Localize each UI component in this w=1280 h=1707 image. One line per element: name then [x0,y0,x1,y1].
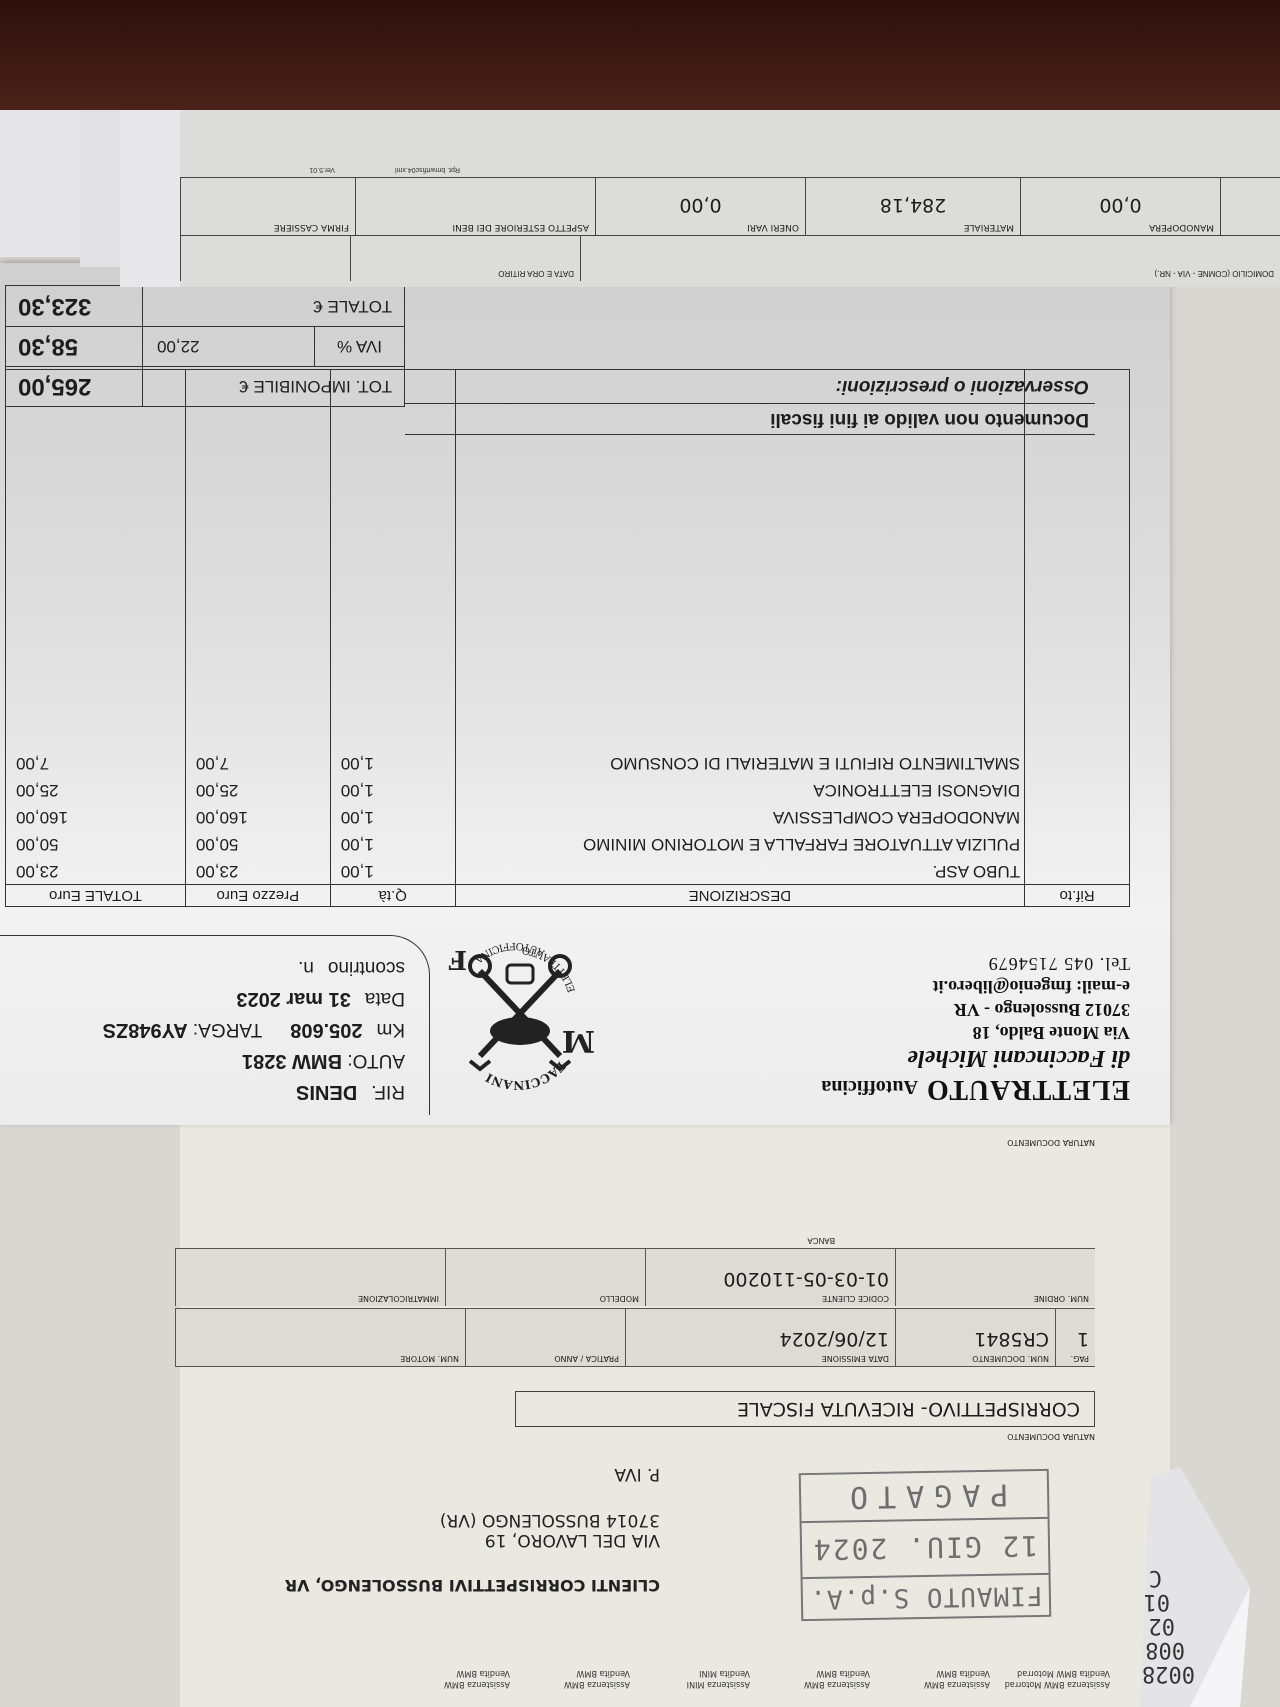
shop-title: ELETTRAUTO Autofficina [610,1073,1130,1105]
grid-cell: PAG.1 [1055,1309,1095,1366]
km-targa-line: Km205.608TARGA: AY948ZS [0,1014,405,1045]
imponibile-row: TOT. IMPONIBILE € 265,00 [6,366,404,406]
vehicle-reference-box: RIF.DENIS AUTO: BMW 3281 Km205.608TARGA:… [0,935,430,1115]
grid-cell: NUM. MOTORE [175,1309,465,1366]
cell-prezzo: 160,00 [185,804,330,831]
banca-label: BANCA [175,1231,1095,1245]
cell-qta: 1,00 [330,858,455,885]
cell-descrizione: PULIZIA ATTUATORE FARFALLA E MOTORINO MI… [455,831,1024,858]
stacked-sheet-edge [120,87,180,287]
fimauto-grid-area: NATURA DOCUMENTO CORRISPETTIVO- RICEVUTA… [180,1125,1170,1707]
grid-cell: MODELLO [445,1249,645,1306]
table-row: DIAGNOSI ELETTRONICA1,0025,0025,00 [6,777,1130,804]
cell-totale: 7,00 [6,750,186,777]
cell-rif [1025,858,1130,885]
cell-qta: 1,00 [330,750,455,777]
items-header-row: Rif.to DESCRIZIONE Q.tà Prezzo Euro TOTA… [6,885,1130,907]
natura-documento-box: CORRISPETTIVO- RICEVUTA FISCALE [515,1391,1095,1427]
grid-cell: NUM. DOCUMENTOCR5841 [895,1309,1055,1366]
iva-value: 58,30 [6,333,142,361]
cell-rif [1025,804,1130,831]
report-footer: Rpt. bmwrtfisc04.xmlVer.5.01 [309,166,520,173]
summary-row: MANODOPERA0,00 MATERIALE284,18 ONERI VAR… [180,177,1280,235]
svg-text:0028: 0028 [1142,1661,1195,1686]
grid-cell: DATA EMISSIONE12/06/2024 [625,1309,895,1366]
col-qta: Q.tà [330,885,455,907]
grid-row-1: PAG.1 NUM. DOCUMENTOCR5841 DATA EMISSION… [175,1308,1095,1366]
auto-line: AUTO: BMW 3281 [0,1045,405,1076]
shop-header: ELETTRAUTO Autofficina di Faccincani Mic… [610,952,1130,1105]
col-prezzo: Prezzo Euro [185,885,330,907]
cell-descrizione: DIAGNOSI ELETTRONICA [455,777,1024,804]
summary-cell: MANODOPERA0,00 [1020,178,1220,235]
svg-text:008: 008 [1145,1637,1185,1662]
shop-city: 37012 Bussolengo - VR [610,998,1130,1021]
wooden-table-surface [0,0,1280,110]
document-grid: PAG.1 NUM. DOCUMENTOCR5841 DATA EMISSION… [175,1245,1095,1367]
svg-text:01: 01 [1144,1589,1171,1614]
crossed-wrenches-logo-icon: FACCINANI ELETTRAUTO AUTOFFICINA M F [435,931,605,1101]
photo-canvas: Assistenza BMW MotorradVendita BMW Motor… [0,0,1280,1707]
stacked-sheet-edge [0,107,80,257]
table-row: SMALTIMENTO RIFIUTI E MATERIALI DI CONSU… [6,750,1130,777]
summary-cell: MATERIALE284,18 [805,178,1020,235]
cell-rif [1025,777,1130,804]
stacked-sheet-edge [80,97,120,267]
shop-owner: di Faccincani Michele [610,1044,1130,1071]
cell-totale: 25,00 [6,777,186,804]
summary-cell: FIRMA CASSIERE [180,178,355,235]
shop-phone: Tel. 045 7154679 [610,952,1130,975]
cell-prezzo: 23,00 [185,858,330,885]
summary-cell: ASPETTO ESTERIORE DEI BENI [355,178,595,235]
totals-box: TOT. IMPONIBILE € 265,00 IVA % 22,00 58,… [5,285,405,407]
grid-cell: IMMATRICOLAZIONE [175,1249,445,1306]
notes-block: Documento non valido ai fini fiscali Oss… [405,369,1095,435]
grid-cell: NUM. ORDINE [895,1249,1095,1306]
cell-descrizione: SMALTIMENTO RIFIUTI E MATERIALI DI CONSU… [455,750,1024,777]
iva-rate: 22,00 [143,327,314,366]
table-row: PULIZIA ATTUATORE FARFALLA E MOTORINO MI… [6,831,1130,858]
cell-descrizione: MANODOPERA COMPLESSIVA [455,804,1024,831]
not-valid-notice: Documento non valido ai fini fiscali [405,403,1095,434]
svg-text:C: C [1149,1565,1162,1590]
iva-row: IVA % 22,00 58,30 [6,326,404,366]
data-line: Data31 mar 2023 [0,983,405,1014]
page-curl-corner: 0028 008 02 01 C [1120,1467,1280,1707]
table-row: TUBO ASP.1,0023,0023,00 [6,858,1130,885]
totale-value: 323,30 [6,292,142,320]
grid-row-2: NUM. ORDINE CODICE CLIENTE01-03-05-11020… [175,1248,1095,1306]
svg-text:M: M [562,1023,595,1058]
cell-totale: 160,00 [6,804,186,831]
col-rif: Rif.to [1025,885,1130,907]
back-receipt: DOMICILIO (COMNE - VIA - NR.) DATA E ORA… [180,97,1280,287]
elettrauto-receipt: ELETTRAUTO Autofficina di Faccincani Mic… [0,263,1170,1125]
grid-cell: CODICE CLIENTE01-03-05-110200 [645,1249,895,1306]
cell-totale: 23,00 [6,858,186,885]
table-row: MANODOPERA COMPLESSIVA1,00160,00160,00 [6,804,1130,831]
cell-descrizione: TUBO ASP. [455,858,1024,885]
cell-prezzo: 25,00 [185,777,330,804]
grid-cell: PRATICA / ANNO [465,1309,625,1366]
rif-line: RIF.DENIS [0,1076,405,1107]
cell-qta: 1,00 [330,831,455,858]
svg-text:02: 02 [1149,1613,1176,1638]
scontrino-line: scontrinon. [0,952,405,983]
items-table: Rif.to DESCRIZIONE Q.tà Prezzo Euro TOTA… [5,369,1130,907]
col-descrizione: DESCRIZIONE [455,885,1024,907]
cell-prezzo: 50,00 [185,831,330,858]
natura-documento-label: NATURA DOCUMENTO [1007,1432,1095,1441]
cell-qta: 1,00 [330,804,455,831]
cell-qta: 1,00 [330,777,455,804]
summary-cell: ONERI VARI0,00 [595,178,805,235]
cell-totale: 50,00 [6,831,186,858]
shop-email: e-mail: fmgenio@libero.it [610,975,1130,998]
svg-text:AUTOFFICINA: AUTOFFICINA [472,940,548,966]
observations-label: Osservazioni o prescrizioni: [405,369,1095,403]
imponibile-value: 265,00 [6,373,142,401]
cell-rif [1025,831,1130,858]
domicilio-row: DOMICILIO (COMNE - VIA - NR.) DATA E ORA… [180,235,1280,281]
col-totale: TOTALE Euro [6,885,186,907]
domicilio-label: DOMICILIO (COMNE - VIA - NR.) [580,236,1280,281]
shop-address: Via Monte Baldo, 18 [610,1021,1130,1044]
svg-text:F: F [448,944,467,974]
totale-row: TOTALE € 323,30 [6,286,404,326]
cell-prezzo: 7,00 [185,750,330,777]
cell-rif [1025,750,1130,777]
data-ritiro-label: DATA E ORA RITIRO [350,236,580,281]
